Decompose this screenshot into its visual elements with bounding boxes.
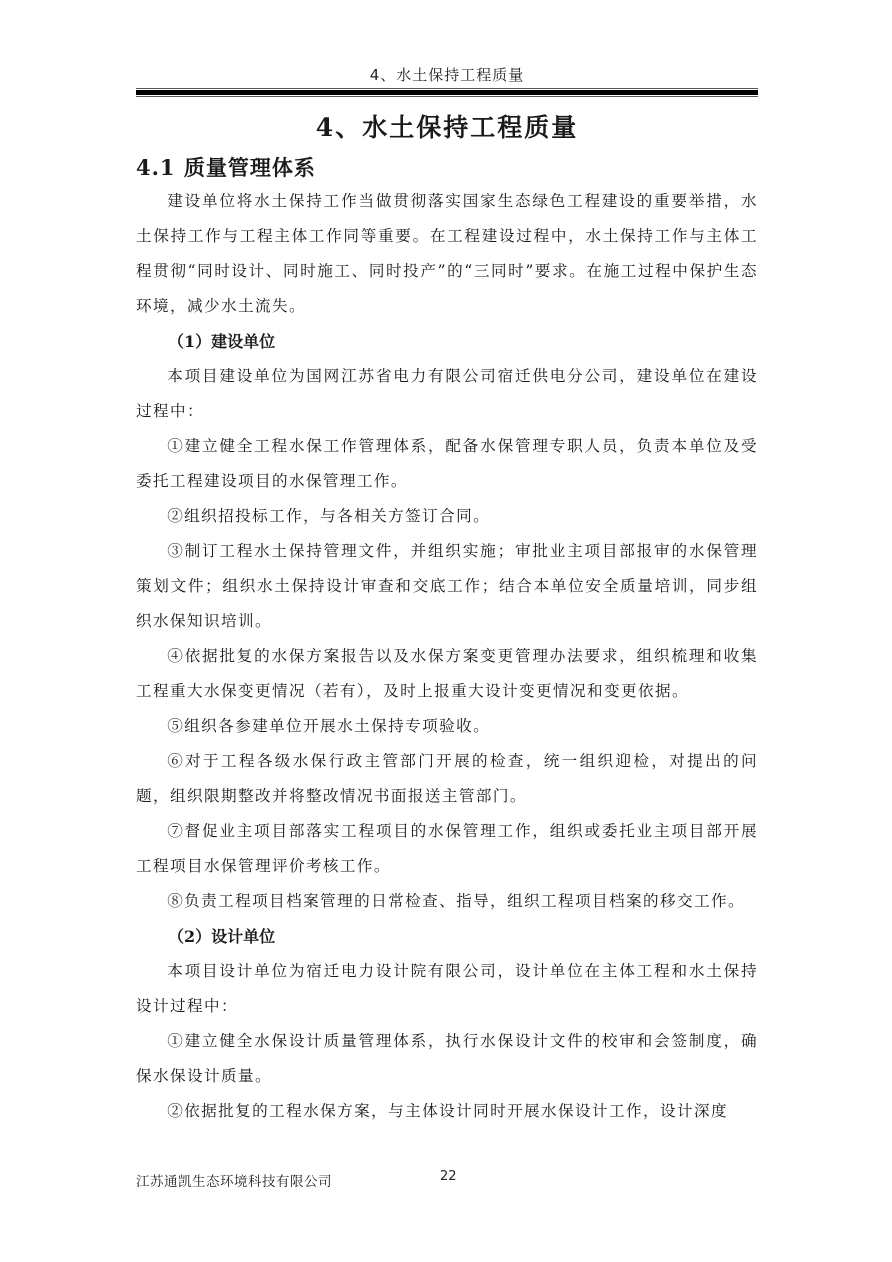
- construction-item-8: ⑧负责工程项目档案管理的日常检查、指导，组织工程项目档案的移交工作。: [136, 884, 758, 919]
- running-header: 4、水土保持工程质量: [136, 64, 758, 85]
- construction-item-4: ④依据批复的水保方案报告以及水保方案变更管理办法要求，组织梳理和收集工程重大水保…: [136, 639, 758, 709]
- header-rule-bottom: [136, 96, 758, 97]
- design-unit-lead: 本项目设计单位为宿迁电力设计院有限公司，设计单位在主体工程和水土保持设计过程中：: [136, 954, 758, 1024]
- construction-item-3: ③制订工程水土保持管理文件，并组织实施；审批业主项目部报审的水保管理策划文件；组…: [136, 534, 758, 639]
- header-rule-top: [136, 88, 758, 89]
- document-body: 建设单位将水土保持工作当做贯彻落实国家生态绿色工程建设的重要举措，水土保持工作与…: [136, 184, 758, 1129]
- design-item-1: ①建立健全水保设计质量管理体系，执行水保设计文件的校审和会签制度，确保水保设计质…: [136, 1024, 758, 1094]
- page-number: 22: [440, 1169, 457, 1184]
- chapter-title: 4、水土保持工程质量: [136, 108, 758, 144]
- construction-unit-heading: （1）建设单位: [136, 324, 758, 359]
- footer-company: 江苏通凯生态环境科技有限公司: [136, 1170, 332, 1190]
- construction-item-1: ①建立健全工程水保工作管理体系，配备水保管理专职人员，负责本单位及受委托工程建设…: [136, 429, 758, 499]
- construction-item-2: ②组织招投标工作，与各相关方签订合同。: [136, 499, 758, 534]
- design-item-2: ②依据批复的工程水保方案，与主体设计同时开展水保设计工作，设计深度: [136, 1094, 758, 1129]
- construction-item-5: ⑤组织各参建单位开展水土保持专项验收。: [136, 709, 758, 744]
- construction-unit-lead: 本项目建设单位为国网江苏省电力有限公司宿迁供电分公司，建设单位在建设过程中：: [136, 359, 758, 429]
- intro-paragraph: 建设单位将水土保持工作当做贯彻落实国家生态绿色工程建设的重要举措，水土保持工作与…: [136, 184, 758, 324]
- design-unit-heading: （2）设计单位: [136, 919, 758, 954]
- construction-item-7: ⑦督促业主项目部落实工程项目的水保管理工作，组织或委托业主项目部开展工程项目水保…: [136, 814, 758, 884]
- section-title: 4.1 质量管理体系: [136, 152, 316, 182]
- construction-item-6: ⑥对于工程各级水保行政主管部门开展的检查，统一组织迎检，对提出的问题，组织限期整…: [136, 744, 758, 814]
- header-rule-thick: [136, 90, 758, 95]
